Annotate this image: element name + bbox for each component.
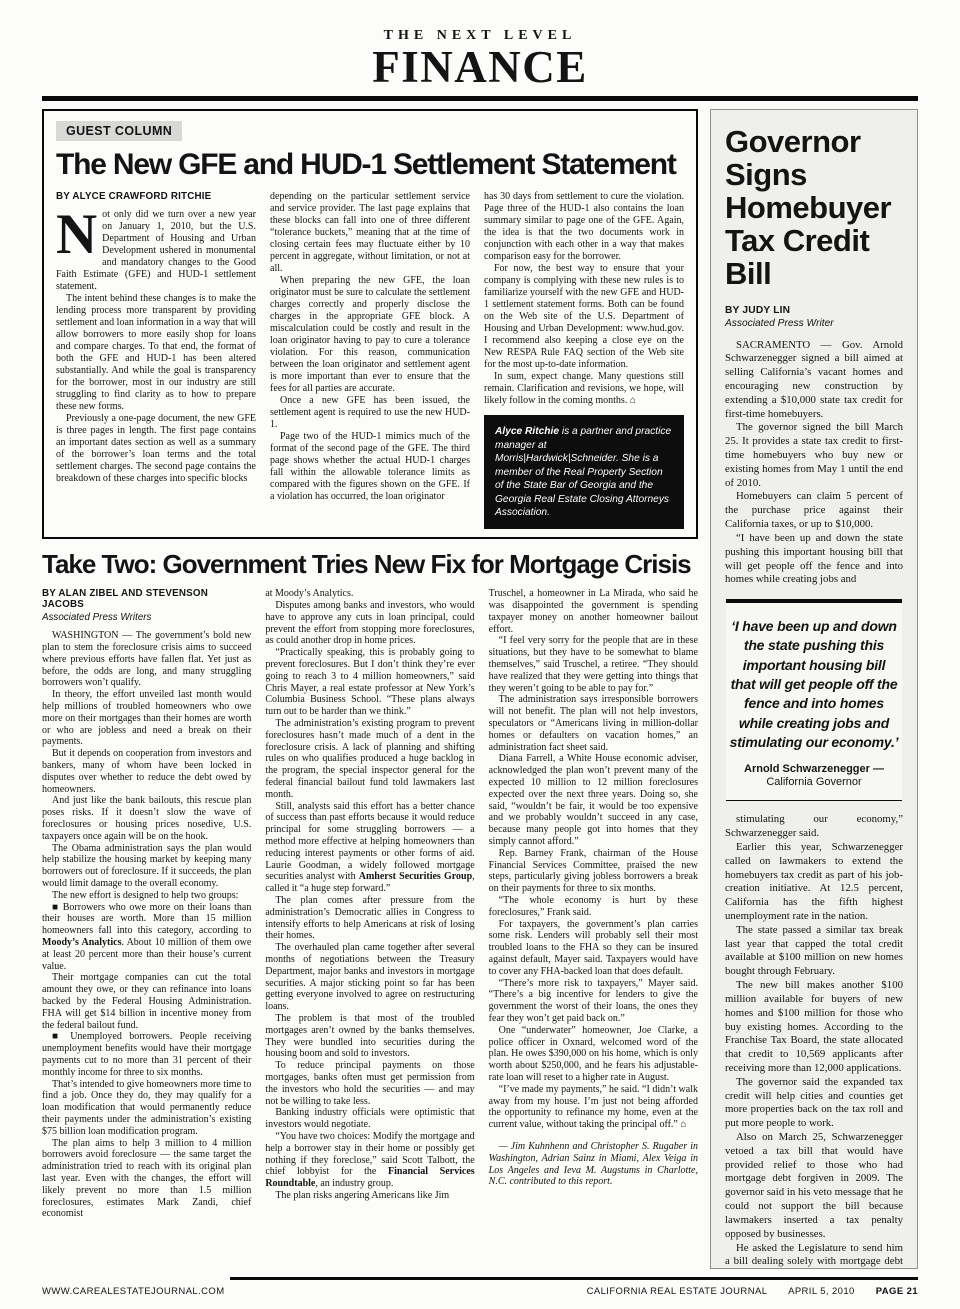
- paragraph: And just like the bank bailouts, this re…: [42, 795, 251, 842]
- paragraph: “I feel very sorry for the people that a…: [489, 635, 698, 694]
- guest-column-headline: The New GFE and HUD-1 Settlement Stateme…: [56, 148, 684, 182]
- guest-column-label: GUEST COLUMN: [56, 121, 182, 141]
- paragraph: Also on March 25, Schwarzenegger vetoed …: [725, 1131, 903, 1242]
- paragraph: For now, the best way to ensure that you…: [484, 263, 684, 371]
- pull-quote-attribution: Arnold Schwarzenegger —: [729, 763, 899, 775]
- paragraph: Still, analysts said this effort has a b…: [265, 801, 474, 895]
- column-text: at Moody’s Analytics.Disputes among bank…: [265, 588, 474, 1201]
- footer-date: APRIL 5, 2010: [788, 1286, 855, 1297]
- paragraph: Page two of the HUD-1 mimics much of the…: [270, 431, 470, 503]
- paragraph: has 30 days from settlement to cure the …: [484, 191, 684, 263]
- guest-column-columns: BY ALYCE CRAWFORD RITCHIE Not only did w…: [56, 191, 684, 529]
- paragraph: Banking industry officials were optimist…: [265, 1107, 474, 1131]
- article-column: BY ALAN ZIBEL AND STEVENSON JACOBS Assoc…: [42, 588, 251, 1280]
- paragraph: Their mortgage companies can cut the tot…: [42, 972, 251, 1031]
- paragraph: One “underwater” homeowner, Joe Clarke, …: [489, 1025, 698, 1084]
- paragraph: “Practically speaking, this is probably …: [265, 647, 474, 718]
- paragraph: ■ Unemployed borrowers. People receiving…: [42, 1031, 251, 1078]
- paragraph: That’s intended to give homeowners more …: [42, 1079, 251, 1138]
- paragraph: Not only did we turn over a new year on …: [56, 209, 256, 293]
- paragraph: WASHINGTON — The government’s bold new p…: [42, 630, 251, 689]
- sidebar-byline-role: Associated Press Writer: [725, 318, 903, 329]
- paragraph: Rep. Barney Frank, chairman of the House…: [489, 848, 698, 895]
- paragraph: The state passed a similar tax break las…: [725, 924, 903, 979]
- take-two-byline-role: Associated Press Writers: [42, 612, 251, 623]
- paragraph: stimulating our economy,” Schwarzenegger…: [725, 813, 903, 841]
- take-two-columns: BY ALAN ZIBEL AND STEVENSON JACOBS Assoc…: [42, 588, 698, 1280]
- sidebar-byline: BY JUDY LIN: [725, 305, 903, 316]
- article-column: BY ALYCE CRAWFORD RITCHIE Not only did w…: [56, 191, 256, 529]
- column-text: depending on the particular settlement s…: [270, 191, 470, 503]
- paragraph: The new effort is designed to help two g…: [42, 890, 251, 902]
- article-column: Truschel, a homeowner in La Mirada, who …: [489, 588, 698, 1280]
- paragraph: “You have two choices: Modify the mortga…: [265, 1131, 474, 1190]
- paragraph: Once a new GFE has been issued, the sett…: [270, 395, 470, 431]
- sidebar-headline: Governor Signs Homebuyer Tax Credit Bill: [725, 126, 903, 290]
- masthead: THE NEXT LEVEL FINANCE: [42, 0, 918, 101]
- footer-page-number: PAGE 21: [876, 1286, 918, 1297]
- footer-url: WWW.CAREALESTATEJOURNAL.COM: [42, 1286, 225, 1297]
- paragraph: Alyce Ritchie is a partner and practice …: [495, 425, 673, 519]
- paragraph: The governor signed the bill March 25. I…: [725, 421, 903, 490]
- masthead-rule: [42, 96, 918, 101]
- paragraph: “The whole economy is hurt by these fore…: [489, 895, 698, 919]
- left-region: GUEST COLUMN The New GFE and HUD-1 Settl…: [42, 109, 698, 1280]
- paragraph: Earlier this year, Schwarzenegger called…: [725, 841, 903, 924]
- paragraph: In theory, the effort unveiled last mont…: [42, 689, 251, 748]
- paragraph: He asked the Legislature to send him a b…: [725, 1242, 903, 1270]
- column-text: WASHINGTON — The government’s bold new p…: [42, 630, 251, 1220]
- paragraph: “There’s more risk to taxpayers,” Mayer …: [489, 978, 698, 1025]
- sidebar-article: Governor Signs Homebuyer Tax Credit Bill…: [710, 109, 918, 1269]
- paragraph: The plan aims to help 3 million to 4 mil…: [42, 1138, 251, 1221]
- paragraph: ■ Borrowers who owe more on their loans …: [42, 902, 251, 973]
- column-text: Not only did we turn over a new year on …: [56, 209, 256, 485]
- paragraph: — Jim Kuhnhenn and Christopher S. Rugabe…: [489, 1141, 698, 1188]
- paragraph: The administration says irresponsible bo…: [489, 694, 698, 753]
- take-two-byline: BY ALAN ZIBEL AND STEVENSON JACOBS: [42, 588, 251, 610]
- article-column: at Moody’s Analytics.Disputes among bank…: [265, 588, 474, 1280]
- paragraph: To reduce principal payments on those mo…: [265, 1060, 474, 1107]
- paragraph: For taxpayers, the government’s plan car…: [489, 919, 698, 978]
- paragraph: “I have been up and down the state pushi…: [725, 532, 903, 587]
- guest-column-byline: BY ALYCE CRAWFORD RITCHIE: [56, 191, 256, 202]
- take-two-headline: Take Two: Government Tries New Fix for M…: [42, 549, 698, 580]
- paragraph: When preparing the new GFE, the loan ori…: [270, 275, 470, 395]
- pull-quote-text: ‘I have been up and down the state pushi…: [729, 617, 899, 752]
- pull-quote-attribution-role: California Governor: [729, 776, 899, 788]
- paragraph: Homebuyers can claim 5 percent of the pu…: [725, 490, 903, 531]
- newspaper-page: THE NEXT LEVEL FINANCE GUEST COLUMN The …: [0, 0, 960, 1309]
- paragraph: In sum, expect change. Many questions st…: [484, 371, 684, 407]
- paragraph: depending on the particular settlement s…: [270, 191, 470, 275]
- paragraph: The intent behind these changes is to ma…: [56, 293, 256, 413]
- article-column: depending on the particular settlement s…: [270, 191, 470, 529]
- main-content: GUEST COLUMN The New GFE and HUD-1 Settl…: [42, 109, 918, 1280]
- paragraph: SACRAMENTO — Gov. Arnold Schwarzenegger …: [725, 339, 903, 422]
- page-footer: WWW.CAREALESTATEJOURNAL.COM CALIFORNIA R…: [42, 1286, 918, 1297]
- column-text: Truschel, a homeowner in La Mirada, who …: [489, 588, 698, 1188]
- pull-quote: ‘I have been up and down the state pushi…: [726, 599, 902, 801]
- footer-right: CALIFORNIA REAL ESTATE JOURNAL APRIL 5, …: [569, 1286, 918, 1297]
- guest-column-article: GUEST COLUMN The New GFE and HUD-1 Settl…: [42, 109, 698, 539]
- paragraph: The new bill makes another $100 million …: [725, 979, 903, 1076]
- masthead-title: FINANCE: [42, 44, 918, 91]
- article-column: has 30 days from settlement to cure the …: [484, 191, 684, 529]
- paragraph: The Obama administration says the plan w…: [42, 843, 251, 890]
- paragraph: The plan risks angering Americans like J…: [265, 1190, 474, 1202]
- paragraph: The governor said the expanded tax credi…: [725, 1076, 903, 1131]
- paragraph: But it depends on cooperation from inves…: [42, 748, 251, 795]
- footer-rule: [230, 1277, 918, 1280]
- author-bio-box: Alyce Ritchie is a partner and practice …: [484, 415, 684, 529]
- paragraph: Previously a one-page document, the new …: [56, 413, 256, 485]
- paragraph: at Moody’s Analytics.: [265, 588, 474, 600]
- paragraph: The plan comes after pressure from the a…: [265, 895, 474, 942]
- footer-publication: CALIFORNIA REAL ESTATE JOURNAL: [587, 1286, 767, 1297]
- paragraph: The problem is that most of the troubled…: [265, 1013, 474, 1060]
- paragraph: “I’ve made my payments,” he said. “I did…: [489, 1084, 698, 1131]
- take-two-article: Take Two: Government Tries New Fix for M…: [42, 549, 698, 1280]
- sidebar-text-top: SACRAMENTO — Gov. Arnold Schwarzenegger …: [725, 339, 903, 588]
- paragraph: Truschel, a homeowner in La Mirada, who …: [489, 588, 698, 635]
- paragraph: Diana Farrell, a White House economic ad…: [489, 753, 698, 847]
- sidebar-text-bottom: stimulating our economy,” Schwarzenegger…: [725, 813, 903, 1269]
- paragraph: The overhauled plan came together after …: [265, 942, 474, 1013]
- column-text: has 30 days from settlement to cure the …: [484, 191, 684, 407]
- paragraph: Disputes among banks and investors, who …: [265, 600, 474, 647]
- paragraph: The administration’s existing program to…: [265, 718, 474, 801]
